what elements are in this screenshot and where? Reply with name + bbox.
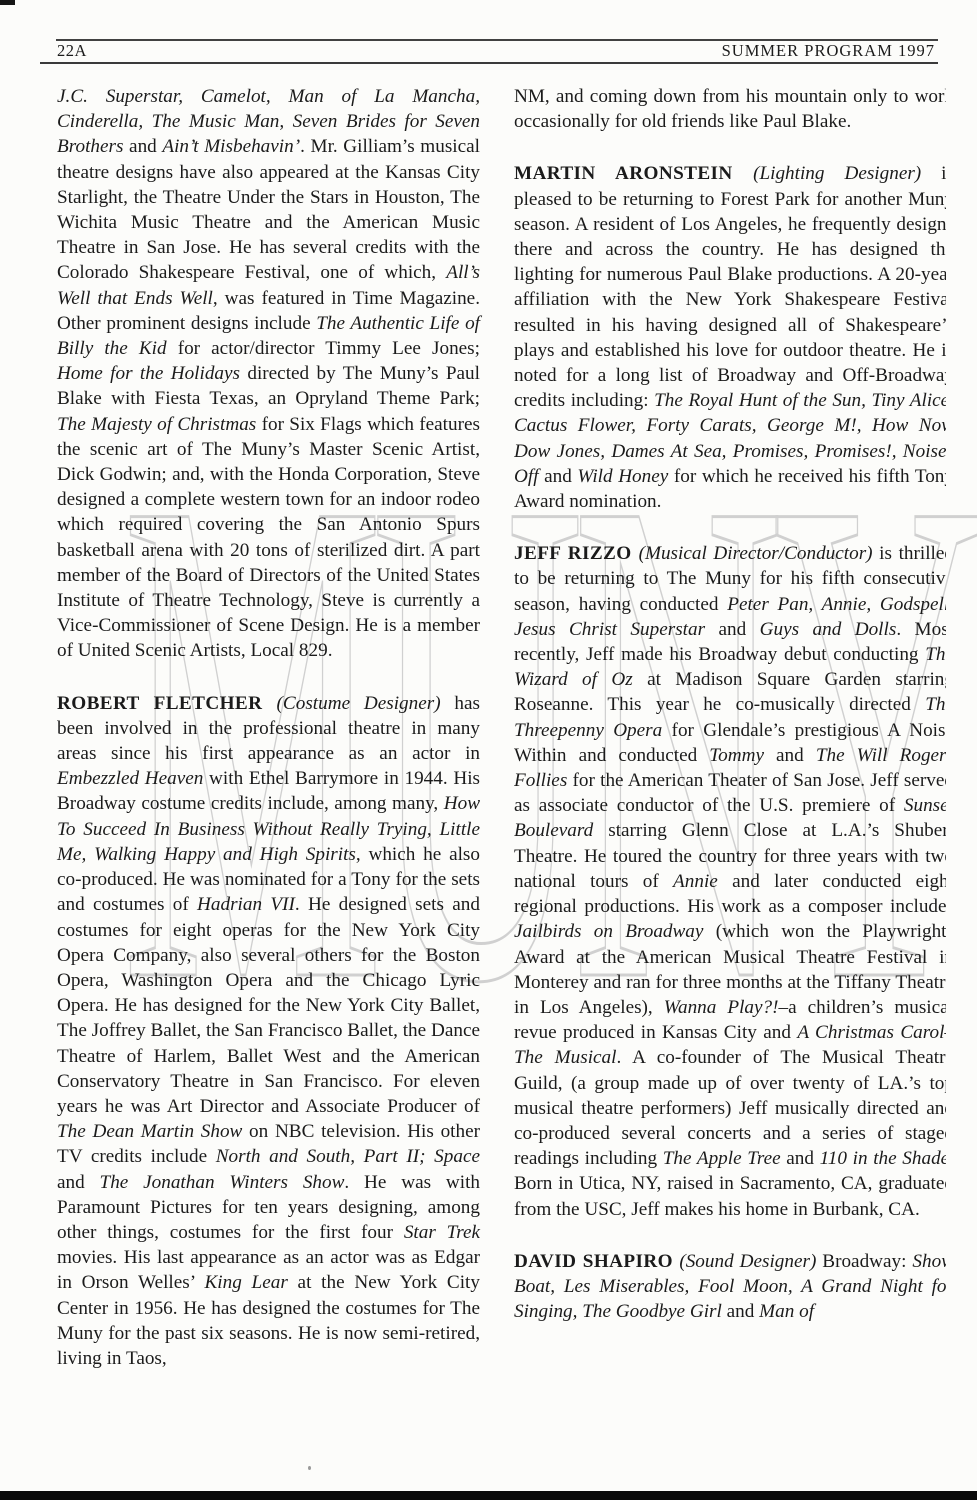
italic-text: The Apple Tree (663, 1148, 781, 1169)
body-text: for the American Theater of San Jose. Je… (514, 770, 946, 816)
paragraph: JEFF RIZZO (Musical Director/Conductor) … (514, 541, 946, 1221)
left-column: J.C. Superstar, Camelot, Man of La Manch… (57, 84, 480, 1371)
person-name: MARTIN ARONSTEIN (514, 163, 753, 184)
italic-text: Star Trek (404, 1222, 480, 1243)
italic-text: (Costume Designer) (277, 693, 441, 714)
italic-text: Jailbirds on Broadway (514, 921, 703, 942)
paragraph: DAVID SHAPIRO (Sound Designer) Broadway:… (514, 1249, 946, 1325)
italic-text: King Lear (204, 1272, 287, 1293)
body-text: and (764, 745, 816, 766)
right-column-clip: NM, and coming down from his mountain on… (514, 84, 946, 1492)
page-header: 22A SUMMER PROGRAM 1997 (57, 41, 935, 61)
italic-text: Guys and Dolls (760, 619, 897, 640)
paragraph: J.C. Superstar, Camelot, Man of La Manch… (57, 84, 480, 664)
body-text: . He designed sets and costumes for eigh… (57, 894, 480, 1117)
italic-text: Hadrian VII (197, 894, 295, 915)
person-name: JEFF RIZZO (514, 543, 639, 564)
italic-text: Annie (673, 871, 718, 892)
page-number: 22A (57, 41, 87, 61)
italic-text: North and South, Part II; Space (216, 1146, 480, 1167)
header-rule-bottom (40, 62, 938, 64)
scan-speck (308, 1466, 311, 1470)
italic-text: The Majesty of Christmas (57, 414, 256, 435)
body-text: for actor/director Timmy Lee Jones; (167, 338, 480, 359)
italic-text: (Lighting Designer) (753, 163, 921, 184)
right-column: NM, and coming down from his mountain on… (514, 84, 946, 1324)
italic-text: The Jonathan Winters Show (100, 1172, 345, 1193)
paragraph: MARTIN ARONSTEIN (Lighting Designer) is … (514, 161, 946, 514)
italic-text: Ain’t Misbehavin’ (162, 136, 300, 157)
italic-text: Man of (759, 1301, 814, 1322)
header-title: SUMMER PROGRAM 1997 (722, 41, 935, 61)
person-name: ROBERT FLETCHER (57, 693, 277, 714)
paragraph: NM, and coming down from his mountain on… (514, 84, 946, 134)
italic-text: The Dean Martin Show (57, 1121, 242, 1142)
body-text: and (123, 136, 162, 157)
body-text: Broadway: (816, 1251, 912, 1272)
body-text: for Six Flags which features the scenic … (57, 414, 480, 662)
italic-text: Tommy (709, 745, 764, 766)
body-text: and (705, 619, 760, 640)
body-text: NM, and coming down from his mountain on… (514, 86, 946, 132)
scan-corner-mark (0, 0, 15, 5)
italic-text: 110 in the Shade (820, 1148, 946, 1169)
body-text: and (57, 1172, 100, 1193)
body-text: and (781, 1148, 820, 1169)
page: 22A SUMMER PROGRAM 1997 MUNY J.C. Supers… (0, 0, 977, 1500)
paragraph: ROBERT FLETCHER (Costume Designer) has b… (57, 691, 480, 1371)
scan-edge-bottom (0, 1491, 977, 1500)
body-text: . Mr. Gilliam’s musical theatre designs … (57, 136, 480, 283)
italic-text: Home for the Holidays (57, 363, 240, 384)
person-name: DAVID SHAPIRO (514, 1251, 679, 1272)
italic-text: (Musical Director/Conductor) (639, 543, 873, 564)
italic-text: Wanna Play?! (664, 997, 779, 1018)
italic-text: (Sound Designer) (679, 1251, 816, 1272)
body-text: and (539, 466, 578, 487)
body-text: and (722, 1301, 759, 1322)
body-text: is pleased to be returning to Forest Par… (514, 163, 946, 411)
italic-text: Embezzled Heaven (57, 768, 203, 789)
italic-text: Wild Honey (577, 466, 668, 487)
